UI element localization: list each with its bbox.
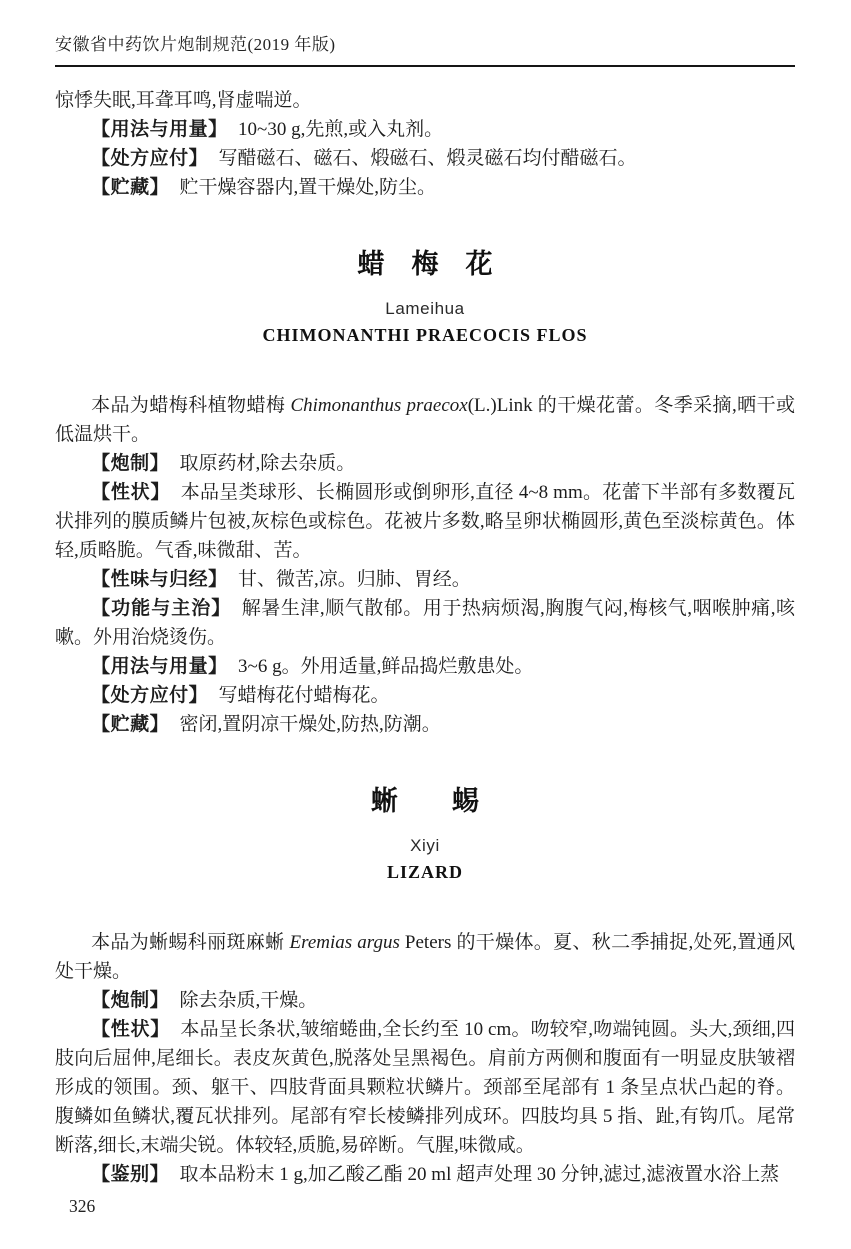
entry-label: 【性味与归经】 (91, 569, 228, 590)
entry-text: 写醋磁石、磁石、煅磁石、煅灵磁石均付醋磁石。 (219, 148, 637, 169)
monograph-1-latin-name: CHIMONANTHI PRAECOCIS FLOS (55, 323, 795, 347)
intro-text-pre: 本品为蜡梅科植物蜡梅 (91, 395, 290, 416)
entry-text: 10~30 g,先煎,或入丸剂。 (238, 119, 443, 140)
running-header: 安徽省中药饮片炮制规范(2019 年版) (55, 0, 795, 67)
monograph-2-title: 蜥 蜴 (55, 781, 795, 821)
entry-identification: 【鉴别】取本品粉末 1 g,加乙酸乙酯 20 ml 超声处理 30 分钟,滤过,… (55, 1160, 795, 1189)
entry-label: 【贮藏】 (91, 177, 169, 198)
entry-property-meridian: 【性味与归经】甘、微苦,凉。归肺、胃经。 (55, 565, 795, 594)
entry-label: 【处方应付】 (91, 685, 208, 706)
entry-text: 密闭,置阴凉干燥处,防热,防潮。 (180, 714, 441, 735)
monograph-1-pinyin: Lameihua (55, 298, 795, 319)
entry-text: 写蜡梅花付蜡梅花。 (219, 685, 390, 706)
entry-storage: 【贮藏】密闭,置阴凉干燥处,防热,防潮。 (55, 710, 795, 739)
entry-label: 【用法与用量】 (91, 119, 228, 140)
monograph-2-pinyin: Xiyi (55, 835, 795, 856)
monograph-2-header: 蜥 蜴 Xiyi LIZARD (55, 781, 795, 884)
entry-text: 取原药材,除去杂质。 (180, 453, 356, 474)
entry-label: 【炮制】 (91, 453, 169, 474)
monograph-2-intro: 本品为蜥蜴科丽斑麻蜥 Eremias argus Peters 的干燥体。夏、秋… (55, 928, 795, 986)
entry-dosage: 【用法与用量】3~6 g。外用适量,鲜品捣烂敷患处。 (55, 652, 795, 681)
monograph-1-header: 蜡 梅 花 Lameihua CHIMONANTHI PRAECOCIS FLO… (55, 244, 795, 347)
monograph-1-title: 蜡 梅 花 (55, 244, 795, 284)
entry-text: 3~6 g。外用适量,鲜品捣烂敷患处。 (238, 656, 533, 677)
entry-label: 【贮藏】 (91, 714, 169, 735)
entry-text: 除去杂质,干燥。 (180, 990, 318, 1011)
entry-function-indication: 【功能与主治】解暑生津,顺气散郁。用于热病烦渴,胸腹气闷,梅核气,咽喉肿痛,咳嗽… (55, 594, 795, 652)
scientific-name: Chimonanthus praecox (290, 395, 467, 416)
entry-prescription: 【处方应付】写醋磁石、磁石、煅磁石、煅灵磁石均付醋磁石。 (55, 144, 795, 173)
entry-text: 取本品粉末 1 g,加乙酸乙酯 20 ml 超声处理 30 分钟,滤过,滤液置水… (180, 1164, 780, 1185)
entry-processing: 【炮制】取原药材,除去杂质。 (55, 449, 795, 478)
running-header-title: 安徽省中药饮片炮制规范(2019 年版) (55, 33, 795, 57)
scientific-name: Eremias argus (290, 932, 400, 953)
continuation-paragraph: 惊悸失眠,耳聋耳鸣,肾虚喘逆。 (55, 86, 795, 115)
entry-prescription: 【处方应付】写蜡梅花付蜡梅花。 (55, 681, 795, 710)
entry-processing: 【炮制】除去杂质,干燥。 (55, 986, 795, 1015)
page-footer: 326 (55, 1194, 795, 1218)
intro-text-pre: 本品为蜥蜴科丽斑麻蜥 (91, 932, 289, 953)
monograph-2-latin-name: LIZARD (55, 860, 795, 884)
entry-dosage: 【用法与用量】10~30 g,先煎,或入丸剂。 (55, 115, 795, 144)
entry-label: 【性状】 (91, 1019, 170, 1040)
entry-label: 【炮制】 (91, 990, 169, 1011)
page-body: 惊悸失眠,耳聋耳鸣,肾虚喘逆。 【用法与用量】10~30 g,先煎,或入丸剂。 … (55, 67, 795, 1189)
entry-label: 【用法与用量】 (91, 656, 228, 677)
document-page: 安徽省中药饮片炮制规范(2019 年版) 惊悸失眠,耳聋耳鸣,肾虚喘逆。 【用法… (0, 0, 851, 1249)
entry-text: 甘、微苦,凉。归肺、胃经。 (238, 569, 471, 590)
entry-description: 【性状】本品呈类球形、长椭圆形或倒卵形,直径 4~8 mm。花蕾下半部有多数覆瓦… (55, 478, 795, 565)
entry-description: 【性状】本品呈长条状,皱缩蜷曲,全长约至 10 cm。吻较窄,吻端钝圆。头大,颈… (55, 1015, 795, 1160)
entry-storage: 【贮藏】贮干燥容器内,置干燥处,防尘。 (55, 173, 795, 202)
page-number: 326 (69, 1196, 95, 1216)
entry-label: 【功能与主治】 (91, 598, 231, 619)
entry-label: 【鉴别】 (91, 1164, 169, 1185)
entry-text: 贮干燥容器内,置干燥处,防尘。 (180, 177, 437, 198)
entry-label: 【性状】 (91, 482, 170, 503)
entry-label: 【处方应付】 (91, 148, 208, 169)
monograph-1-intro: 本品为蜡梅科植物蜡梅 Chimonanthus praecox(L.)Link … (55, 391, 795, 449)
